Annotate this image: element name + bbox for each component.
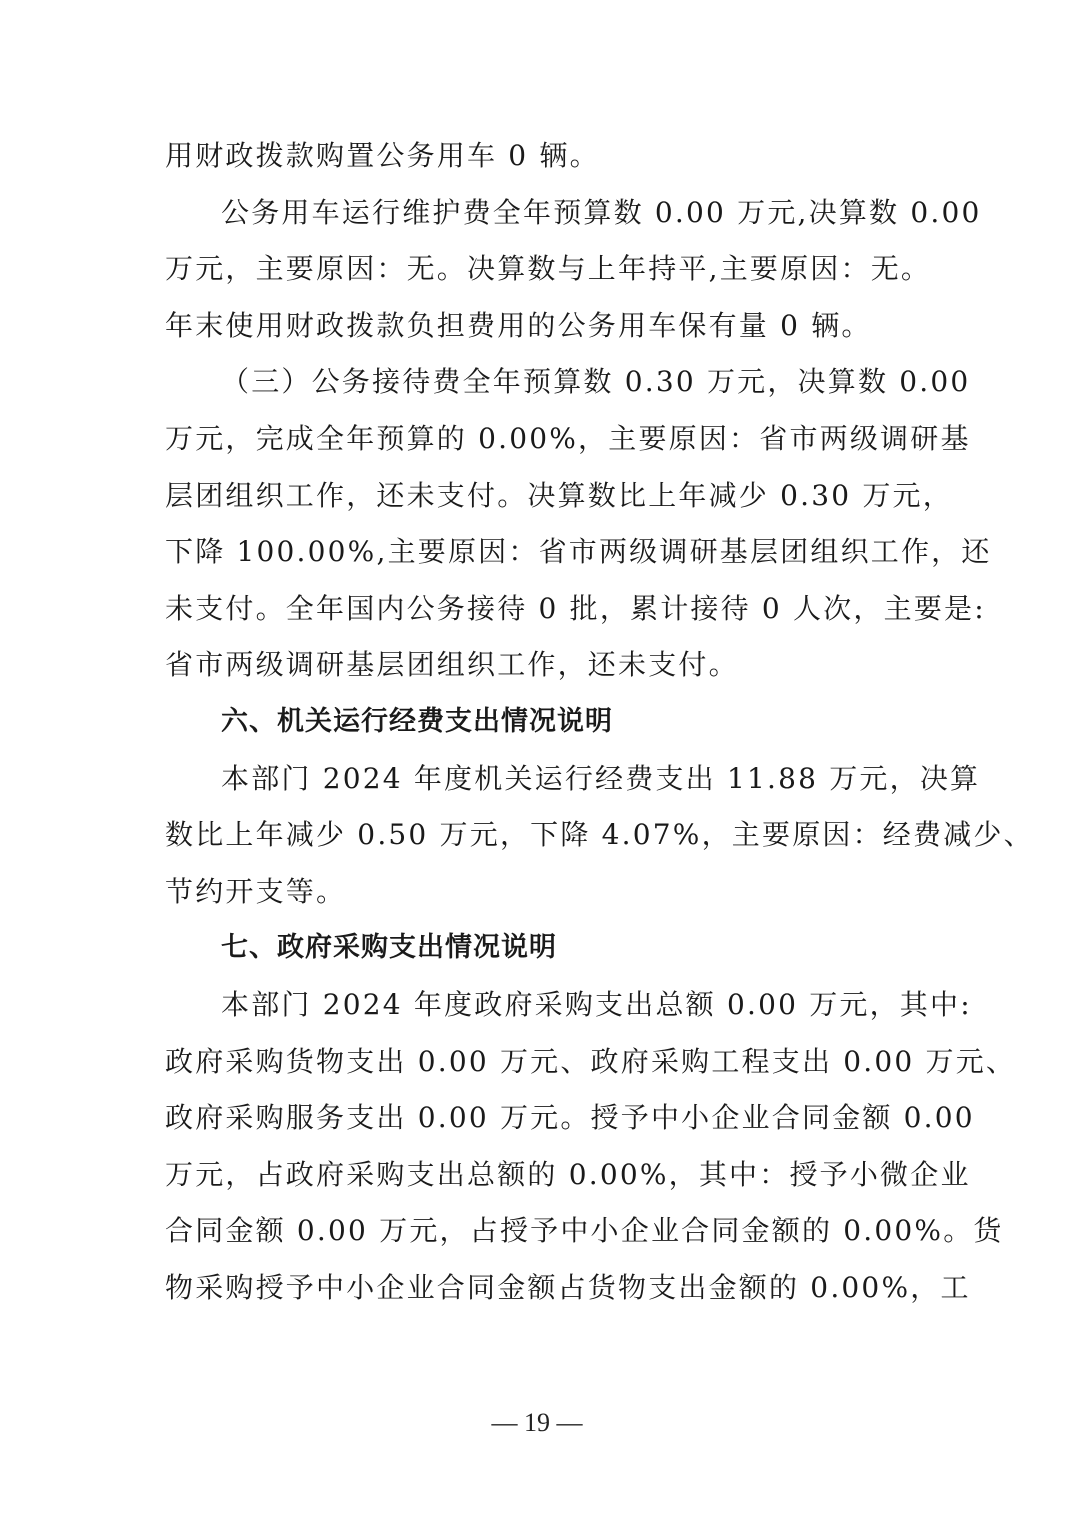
body-line: 下降 100.00%,主要原因：省市两级调研基层团组织工作，还 (165, 524, 915, 581)
body-line: 万元，主要原因：无。决算数与上年持平,主要原因：无。 (165, 241, 915, 298)
page-number: — 19 — (0, 1408, 1074, 1438)
body-line: （三）公务接待费全年预算数 0.30 万元，决算数 0.00 (165, 354, 915, 411)
body-line: 合同金额 0.00 万元，占授予中小企业合同金额的 0.00%。货 (165, 1203, 915, 1260)
section-heading-six: 六、机关运行经费支出情况说明 (165, 694, 915, 751)
body-line: 公务用车运行维护费全年预算数 0.00 万元,决算数 0.00 (165, 185, 915, 242)
body-line: 层团组织工作，还未支付。决算数比上年减少 0.30 万元， (165, 468, 915, 525)
body-line: 节约开支等。 (165, 864, 915, 921)
body-line: 万元，占政府采购支出总额的 0.00%，其中：授予小微企业 (165, 1147, 915, 1204)
body-line: 本部门 2024 年度政府采购支出总额 0.00 万元，其中: (165, 977, 915, 1034)
body-line: 年末使用财政拨款负担费用的公务用车保有量 0 辆。 (165, 298, 915, 355)
body-line: 未支付。全年国内公务接待 0 批，累计接待 0 人次，主要是: (165, 581, 915, 638)
document-page: 用财政拨款购置公务用车 0 辆。 公务用车运行维护费全年预算数 0.00 万元,… (165, 128, 915, 1316)
body-line: 用财政拨款购置公务用车 0 辆。 (165, 128, 915, 185)
section-heading-seven: 七、政府采购支出情况说明 (165, 920, 915, 977)
body-line: 万元，完成全年预算的 0.00%，主要原因：省市两级调研基 (165, 411, 915, 468)
body-line: 物采购授予中小企业合同金额占货物支出金额的 0.00%，工 (165, 1260, 915, 1317)
body-line: 政府采购服务支出 0.00 万元。授予中小企业合同金额 0.00 (165, 1090, 915, 1147)
body-line: 省市两级调研基层团组织工作，还未支付。 (165, 637, 915, 694)
body-line: 政府采购货物支出 0.00 万元、政府采购工程支出 0.00 万元、 (165, 1034, 915, 1091)
body-line: 数比上年减少 0.50 万元，下降 4.07%，主要原因：经费减少、 (165, 807, 915, 864)
body-line: 本部门 2024 年度机关运行经费支出 11.88 万元，决算 (165, 751, 915, 808)
